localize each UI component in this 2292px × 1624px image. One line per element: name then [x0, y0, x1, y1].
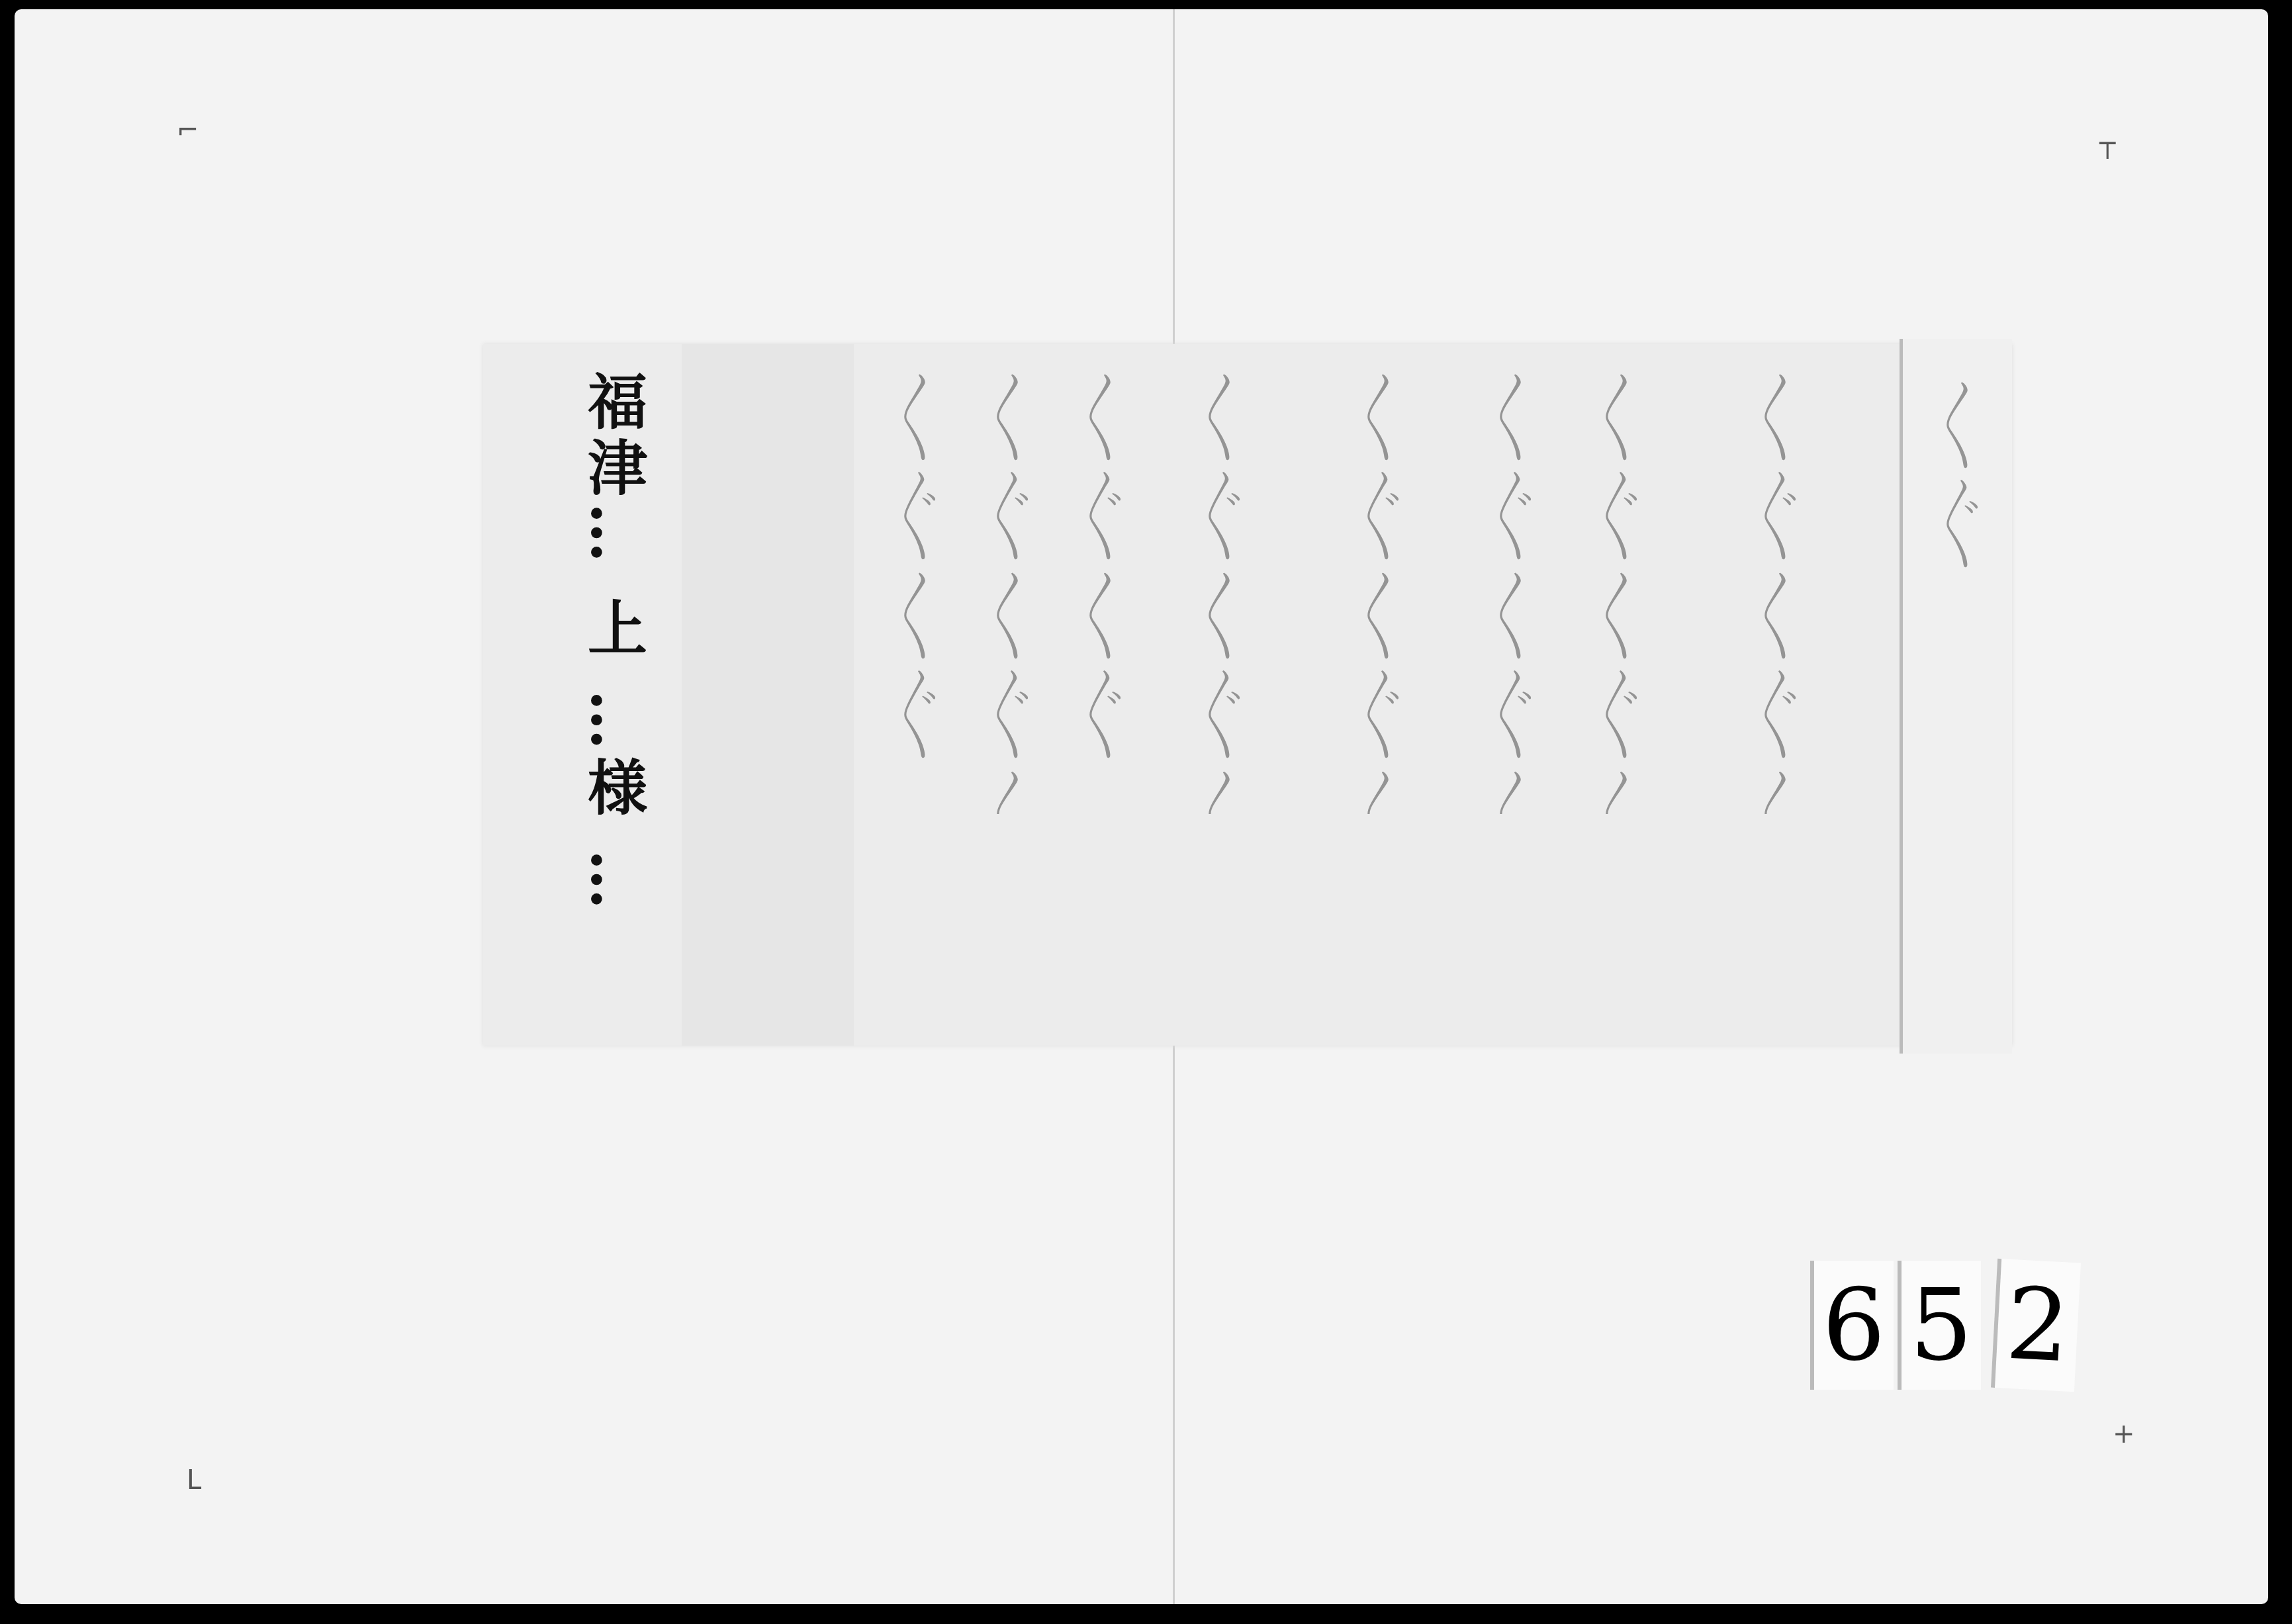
frame-digit: 5: [1898, 1261, 1981, 1390]
crop-mark-top-right: ┬: [2099, 128, 2115, 159]
crop-mark-bottom-left: L: [187, 1465, 201, 1496]
text-column: 〳〵〴〵〳〵〴〵〳: [1741, 371, 1808, 821]
wrapper-strip: 〳〵〴〵: [1900, 339, 2012, 1054]
crop-mark-bottom-right: +: [2113, 1419, 2135, 1449]
text-column: 〳〵〴〵〳〵〴〵〳: [1582, 371, 1649, 821]
text-column: 〳〵〴〵〳〵〴〵〳: [1344, 371, 1410, 821]
frame-digit: 2: [1991, 1259, 2081, 1392]
frame-number: 6 5 2: [1810, 1261, 2078, 1390]
text-column: 〳〵〴〵〳〵〴〵〳: [1185, 371, 1252, 821]
text-column: 〳〵〴〵: [1923, 379, 1990, 577]
text-column: 〳〵〴〵〳〵〴〵: [1066, 371, 1132, 768]
frame-digit: 6: [1810, 1261, 1894, 1390]
crop-mark-top-left: ⌐: [177, 115, 199, 146]
text-column: 〳〵〴〵〳〵〴〵〳: [973, 371, 1040, 821]
text-column: 〳〵〴〵〳〵〴〵〳: [1476, 371, 1543, 821]
letter-document: 福津… 上 …様 … 〳〵〴〵〳〵〴〵 〳〵〴〵〳〵〴〵〳 〳〵〴〵〳〵〴〵 〳…: [483, 344, 2012, 1046]
text-column: 〳〵〴〵〳〵〴〵: [880, 371, 947, 768]
address-column: 福津… 上 …様 …: [569, 371, 655, 916]
letter-panel: [682, 344, 854, 1046]
